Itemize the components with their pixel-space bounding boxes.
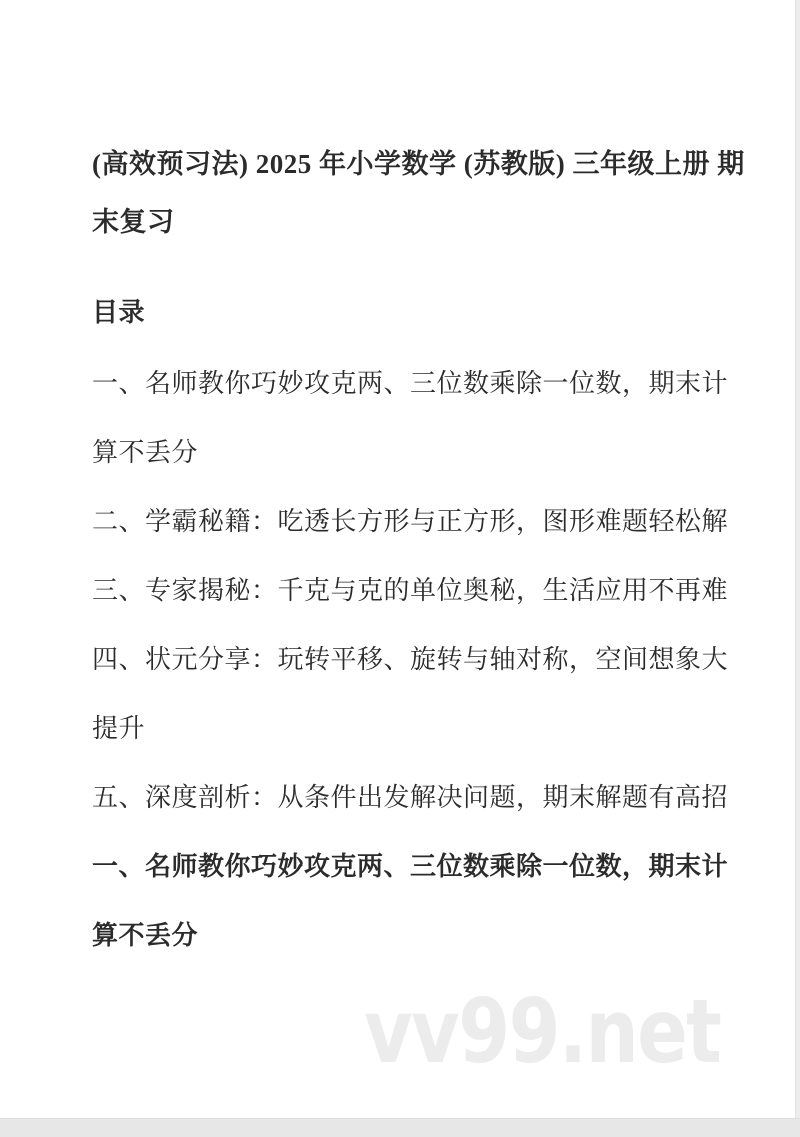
toc-item-4-line-2: 提升: [92, 711, 714, 747]
document-page: (高效预习法) 2025 年小学数学 (苏教版) 三年级上册 期 末复习 目录 …: [0, 0, 800, 1137]
toc-item-1-line-2: 算不丢分: [92, 435, 714, 471]
document-title-line-2: 末复习: [92, 204, 714, 240]
section-heading-line-2: 算不丢分: [92, 918, 714, 954]
section-heading-line-1: 一、名师教你巧妙攻克两、三位数乘除一位数，期末计: [92, 849, 714, 885]
toc-item-2-line-1: 二、学霸秘籍：吃透长方形与正方形，图形难题轻松解: [92, 504, 714, 540]
page-edge-right: [795, 0, 800, 1137]
toc-item-1-line-1: 一、名师教你巧妙攻克两、三位数乘除一位数，期末计: [92, 366, 714, 402]
page-edge-bottom: [0, 1118, 800, 1137]
watermark: vv99.net: [364, 988, 720, 1076]
toc-item-5-line-1: 五、深度剖析：从条件出发解决问题，期末解题有高招: [92, 780, 714, 816]
toc-heading: 目录: [92, 295, 714, 331]
toc-item-4-line-1: 四、状元分享：玩转平移、旋转与轴对称，空间想象大: [92, 642, 714, 678]
toc-item-3-line-1: 三、专家揭秘：千克与克的单位奥秘，生活应用不再难: [92, 573, 714, 609]
document-title-line-1: (高效预习法) 2025 年小学数学 (苏教版) 三年级上册 期: [92, 146, 714, 182]
document-body: (高效预习法) 2025 年小学数学 (苏教版) 三年级上册 期 末复习 目录 …: [92, 146, 714, 987]
